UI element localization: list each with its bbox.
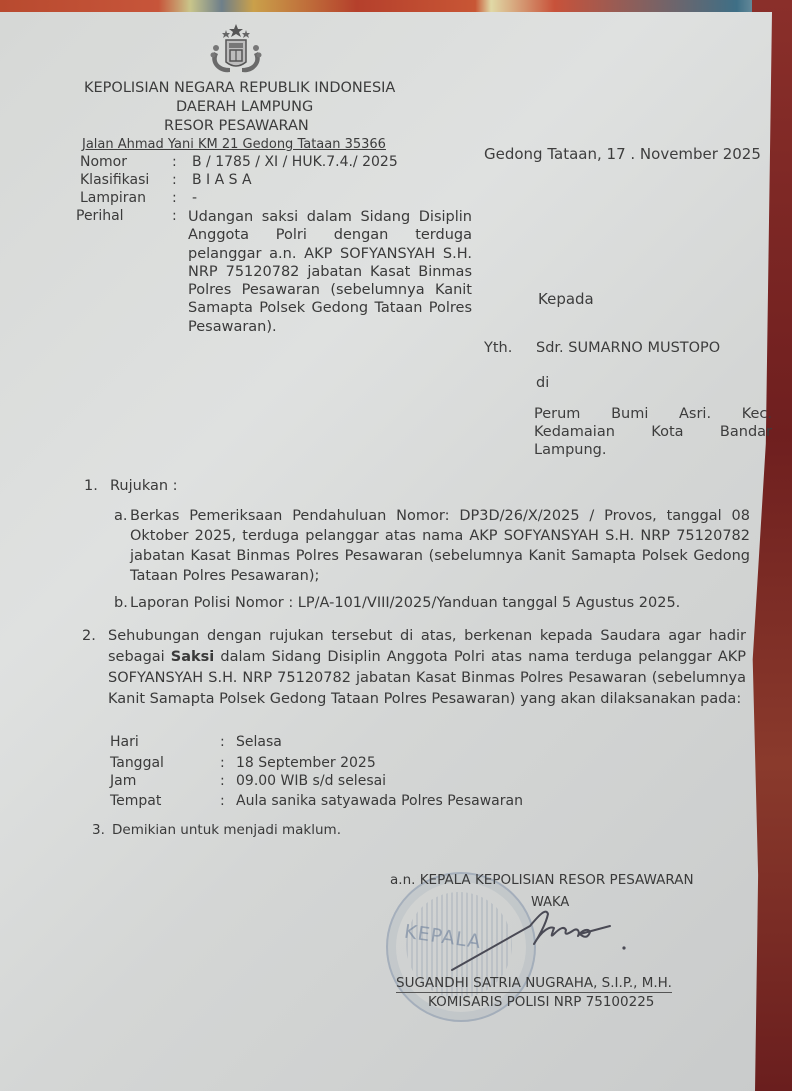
schedule-colon: : [220,793,236,809]
reference-text: Laporan Polisi Nomor : LP/A-101/VIII/202… [130,593,750,613]
reference-text: Berkas Pemeriksaan Pendahuluan Nomor: DP… [130,506,750,586]
schedule-colon: : [220,755,236,771]
schedule-value: Aula sanika satyawada Polres Pesawaran [236,793,523,809]
handwritten-signature-icon [450,904,630,974]
meta-colon: : [172,172,192,188]
meta-colon: : [172,190,192,206]
role-saksi: Saksi [171,649,214,665]
meta-klasifikasi: Klasifikasi:B I A S A [80,172,252,188]
letterhead-region: DAERAH LAMPUNG [176,99,313,115]
signatory-name: SUGANDHI SATRIA NUGRAHA, S.I.P., M.H. [396,975,672,993]
recipient-yth: Yth. [484,340,512,356]
letterhead-resort: RESOR PESAWARAN [164,118,309,134]
signatory-rank-nrp: KOMISARIS POLISI NRP 75100225 [428,994,654,1010]
schedule-value: 18 September 2025 [236,755,376,771]
schedule-value: Selasa [236,734,282,750]
schedule-colon: : [220,773,236,789]
schedule-label: Tempat [110,793,220,809]
section-closing: 3.Demikian untuk menjadi maklum. [92,822,341,838]
reference-label: a. [114,506,128,526]
meta-label: Perihal [76,208,172,224]
meta-perihal: Perihal: [76,208,192,224]
place-date: Gedong Tataan, 17 . November 2025 [484,145,761,163]
schedule-label: Jam [110,773,220,789]
schedule-jam: Jam:09.00 WIB s/d selesai [110,773,386,789]
schedule-tempat: Tempat:Aula sanika satyawada Polres Pesa… [110,793,523,809]
section-rujukan: 1.Rujukan : [84,478,178,494]
recipient-di: di [536,375,549,391]
reference-item: a. Berkas Pemeriksaan Pendahuluan Nomor:… [114,506,750,586]
recipient-kepada: Kepada [538,290,594,308]
meta-value: B / 1785 / XI / HUK.7.4./ 2025 [192,154,398,170]
section-number: 2. [82,626,96,647]
recipient-address: Perum Bumi Asri. Kec. Kedamaian Kota Ban… [534,405,772,459]
meta-value: B I A S A [192,172,252,188]
schedule-value: 09.00 WIB s/d selesai [236,773,386,789]
recipient-name: Sdr. SUMARNO MUSTOPO [536,340,720,356]
section-invitation: 2. Sehubungan dengan rujukan tersebut di… [82,626,746,710]
letterhead-address: Jalan Ahmad Yani KM 21 Gedong Tataan 353… [82,137,386,152]
letter-content: KEPOLISIAN NEGARA REPUBLIK INDONESIA DAE… [0,0,792,1091]
section-text: Sehubungan dengan rujukan tersebut di at… [108,626,746,710]
meta-label: Lampiran [80,190,172,206]
signature-on-behalf: a.n. KEPALA KEPOLISIAN RESOR PESAWARAN [390,872,694,888]
meta-label: Klasifikasi [80,172,172,188]
schedule-colon: : [220,734,236,750]
section-number: 3. [92,822,112,838]
meta-colon: : [172,154,192,170]
police-crest-icon [200,22,272,78]
section-number: 1. [84,478,110,494]
meta-label: Nomor [80,154,172,170]
meta-value: - [192,190,197,206]
meta-nomor: Nomor:B / 1785 / XI / HUK.7.4./ 2025 [80,154,398,170]
reference-item: b. Laporan Polisi Nomor : LP/A-101/VIII/… [114,593,750,613]
section-title: Rujukan : [110,478,178,494]
meta-lampiran: Lampiran:- [80,190,197,206]
closing-text: Demikian untuk menjadi maklum. [112,822,341,838]
schedule-label: Tanggal [110,755,220,771]
schedule-tanggal: Tanggal:18 September 2025 [110,755,376,771]
reference-label: b. [114,593,128,613]
schedule-label: Hari [110,734,220,750]
schedule-hari: Hari:Selasa [110,734,282,750]
perihal-text: Udangan saksi dalam Sidang Disiplin Angg… [188,208,472,336]
letterhead-institution: KEPOLISIAN NEGARA REPUBLIK INDONESIA [84,80,395,96]
